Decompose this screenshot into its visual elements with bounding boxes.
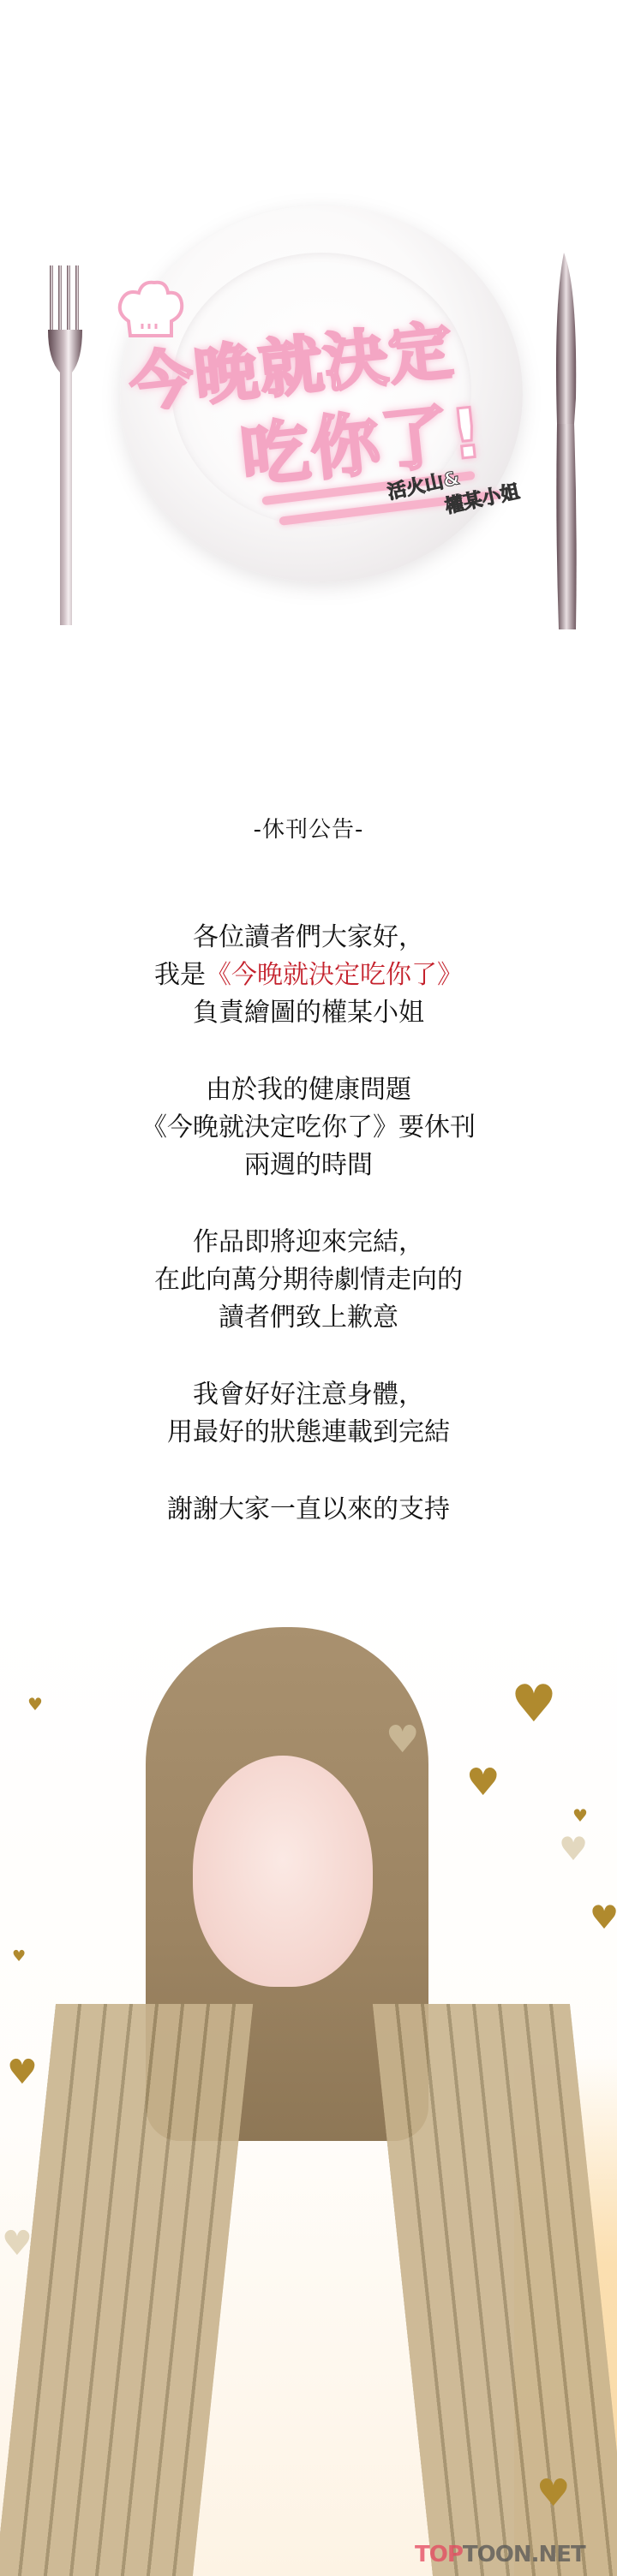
notice-line: 作品即將迎來完結， (0, 1224, 617, 1261)
heart-icon: ♥ (7, 2055, 38, 2090)
notice-title: -休刊公告- (0, 812, 617, 844)
notice-paragraph: 作品即將迎來完結， 在此向萬分期待劇情走向的 讀者們致上歉意 (0, 1224, 617, 1337)
heart-icon: ♥ (536, 2475, 570, 2513)
notice-line: 由於我的健康問題 (0, 1071, 617, 1109)
fork-icon (41, 265, 93, 625)
notice-line: 兩週的時間 (0, 1147, 617, 1184)
line-text: 各位讀者們大家好， (193, 922, 424, 952)
hiatus-notice: -休刊公告- 各位讀者們大家好， 我是《今晚就決定吃你了》 負責繪圖的權某小姐 … (0, 788, 617, 1529)
line-text: 謝謝大家一直以來的支持 (167, 1494, 450, 1524)
line-text: 由於我的健康問題 (206, 1075, 411, 1105)
notice-line: 我是《今晚就決定吃你了》 (0, 957, 617, 994)
notice-paragraph: 由於我的健康問題 《今晚就決定吃你了》要休刊 兩週的時間 (0, 1071, 617, 1184)
notice-line: 讀者們致上歉意 (0, 1299, 617, 1337)
line-text: 《今晚就決定吃你了》要休刊 (141, 1112, 476, 1142)
heart-icon: ♥ (386, 1721, 419, 1759)
heart-icon: ♥ (590, 1901, 617, 1934)
heart-icon: ♥ (2, 2227, 33, 2261)
heart-icon: ♥ (12, 1949, 26, 1965)
line-text: 讀者們致上歉意 (219, 1303, 398, 1333)
line-text: 我是 (154, 960, 206, 990)
title-panel: 今晚就決定 吃你了! 活火山& 權某小姐 (0, 0, 617, 651)
line-text: 用最好的狀態連載到完結 (167, 1417, 450, 1447)
webtoon-page: 今晚就決定 吃你了! 活火山& 權某小姐 -休刊公告- 各位讀者們大家好， 我是… (0, 0, 617, 2576)
line-text: 作品即將迎來完結， (193, 1227, 424, 1257)
heart-icon: ♥ (511, 1679, 557, 1730)
notice-paragraph: 各位讀者們大家好， 我是《今晚就決定吃你了》 負責繪圖的權某小姐 (0, 919, 617, 1032)
notice-line: 謝謝大家一直以來的支持 (0, 1491, 617, 1529)
watermark-part-b: TOON.NET (463, 2542, 585, 2567)
notice-line: 我會好好注意身體， (0, 1376, 617, 1414)
knife-icon (548, 253, 583, 629)
notice-line: 用最好的狀態連載到完結 (0, 1414, 617, 1452)
line-text: 在此向萬分期待劇情走向的 (154, 1265, 463, 1295)
notice-paragraph: 謝謝大家一直以來的支持 (0, 1491, 617, 1529)
line-text: 兩週的時間 (244, 1150, 373, 1180)
series-title-highlight: 《今晚就決定吃你了》 (206, 960, 463, 990)
heart-icon: ♥ (466, 1764, 500, 1802)
heart-icon: ♥ (572, 1807, 588, 1824)
heart-icon: ♥ (27, 1696, 43, 1713)
line-text: 負責繪圖的權某小姐 (193, 998, 424, 1028)
notice-line: 負責繪圖的權某小姐 (0, 994, 617, 1032)
watermark-part-a: TOP (415, 2542, 463, 2567)
site-watermark: TOPTOON.NET (415, 2542, 585, 2571)
heart-icon: ♥ (559, 1833, 588, 1865)
notice-line: 在此向萬分期待劇情走向的 (0, 1261, 617, 1299)
notice-line: 《今晚就決定吃你了》要休刊 (0, 1109, 617, 1147)
notice-paragraph: 我會好好注意身體， 用最好的狀態連載到完結 (0, 1376, 617, 1452)
character-face (193, 1756, 373, 1987)
line-text: 我會好好注意身體， (193, 1380, 424, 1410)
character-illustration: ♥ ♥ ♥ ♥ ♥ ♥ ♥ ♥ ♥ ♥ ♥ (0, 1576, 617, 2576)
notice-line: 各位讀者們大家好， (0, 919, 617, 957)
